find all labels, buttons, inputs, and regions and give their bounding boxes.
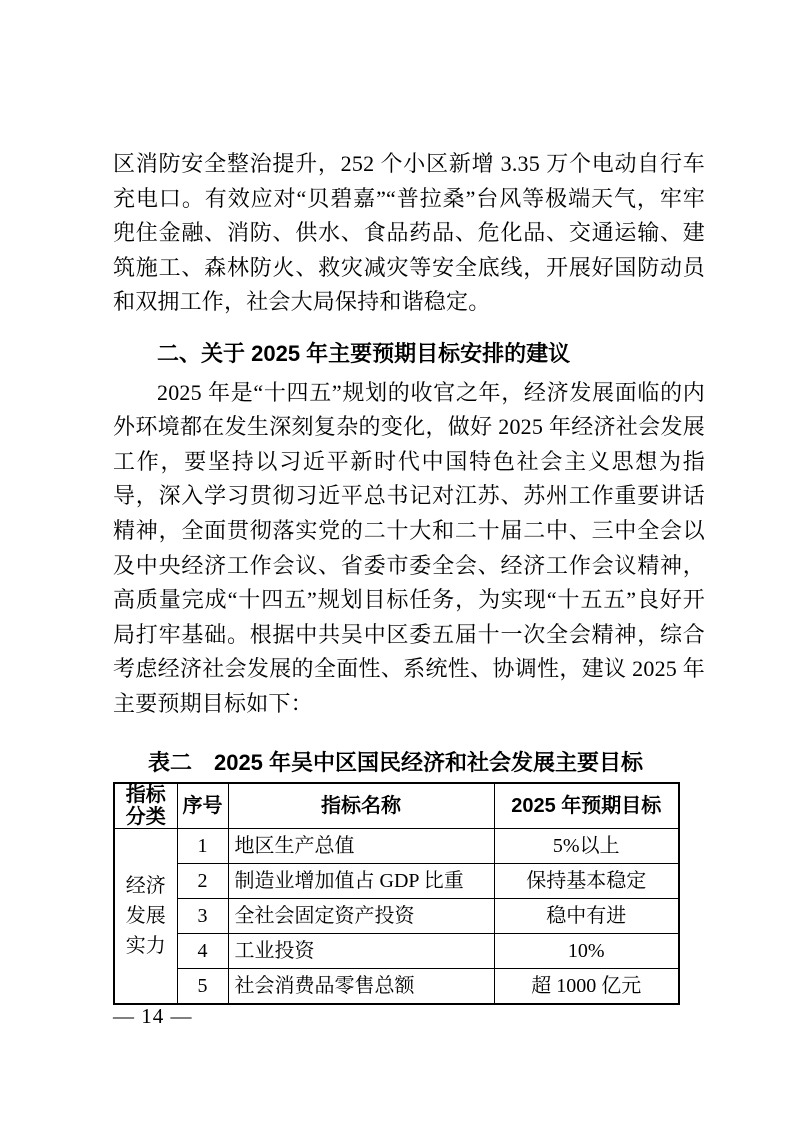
row-name-cell: 工业投资 [228, 934, 494, 969]
table-row: 4 工业投资 10% [114, 934, 679, 969]
page-content: 区消防安全整治提升，252 个小区新增 3.35 万个电动自行车充电口。有效应对… [113, 147, 705, 1005]
row-target-cell: 稳中有进 [494, 899, 679, 934]
row-name-cell: 制造业增加值占 GDP 比重 [228, 864, 494, 899]
paragraph-2025-goals: 2025 年是“十四五”规划的收官之年，经济发展面临的内外环境都在发生深刻复杂的… [113, 376, 705, 722]
row-number-cell: 1 [177, 829, 228, 864]
page-number: — 14 — [113, 1003, 193, 1029]
header-cell-name: 指标名称 [228, 783, 494, 829]
table-caption: 表二 2025 年吴中区国民经济和社会发展主要目标 [113, 746, 678, 781]
category-cell: 经济 发展 实力 [114, 829, 177, 1004]
row-number-cell: 5 [177, 969, 228, 1004]
header-cell-category: 指标 分类 [114, 783, 177, 829]
table-header-row: 指标 分类 序号 指标名称 2025 年预期目标 [114, 783, 679, 829]
table-row: 5 社会消费品零售总额 超 1000 亿元 [114, 969, 679, 1004]
row-target-cell: 超 1000 亿元 [494, 969, 679, 1004]
row-target-cell: 保持基本稳定 [494, 864, 679, 899]
table-row: 2 制造业增加值占 GDP 比重 保持基本稳定 [114, 864, 679, 899]
table-row: 经济 发展 实力 1 地区生产总值 5%以上 [114, 829, 679, 864]
header-cell-number: 序号 [177, 783, 228, 829]
row-name-cell: 地区生产总值 [228, 829, 494, 864]
row-target-cell: 5%以上 [494, 829, 679, 864]
document-page: 区消防安全整治提升，252 个小区新增 3.35 万个电动自行车充电口。有效应对… [0, 0, 793, 1122]
row-number-cell: 3 [177, 899, 228, 934]
row-target-cell: 10% [494, 934, 679, 969]
row-number-cell: 2 [177, 864, 228, 899]
row-number-cell: 4 [177, 934, 228, 969]
paragraph-safety-continuation: 区消防安全整治提升，252 个小区新增 3.35 万个电动自行车充电口。有效应对… [113, 147, 705, 320]
targets-table: 指标 分类 序号 指标名称 2025 年预期目标 经济 发展 实力 1 地区生产… [113, 782, 680, 1005]
table-row: 3 全社会固定资产投资 稳中有进 [114, 899, 679, 934]
row-name-cell: 全社会固定资产投资 [228, 899, 494, 934]
row-name-cell: 社会消费品零售总额 [228, 969, 494, 1004]
section-heading: 二、关于 2025 年主要预期目标安排的建议 [113, 337, 705, 372]
header-cell-target: 2025 年预期目标 [494, 783, 679, 829]
